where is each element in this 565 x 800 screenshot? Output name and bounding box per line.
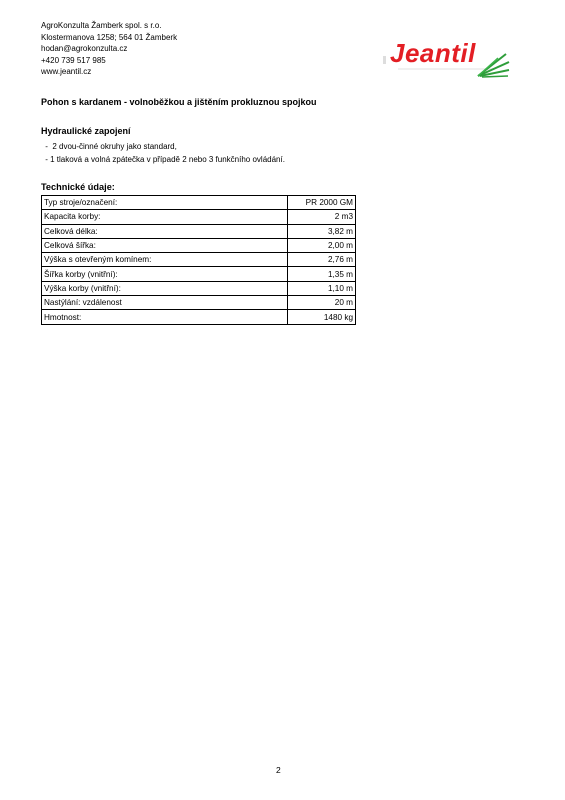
hydraulics-heading: Hydraulické zapojení [41,126,131,136]
spec-label: Typ stroje/označení: [42,196,288,210]
table-row: Výška s otevřeným komínem: 2,76 m [42,253,356,267]
logo-text: Jeantil [390,38,476,69]
spec-label: Šířka korby (vnitřní): [42,267,288,281]
hydraulics-item: - 1 tlaková a volná zpátečka v případě 2… [43,155,285,164]
jeantil-logo: Jeantil [378,38,513,83]
table-row: Nastýlání: vzdálenost 20 m [42,296,356,310]
hydraulics-item: - 2 dvou-činné okruhy jako standard, [43,142,177,151]
company-address-block: AgroKonzulta Žamberk spol. s r.o. Kloste… [41,20,177,78]
page-number: 2 [276,765,281,775]
spec-label: Hmotnost: [42,310,288,324]
specs-heading: Technické údaje: [41,182,115,192]
company-email: hodan@agrokonzulta.cz [41,43,177,55]
spec-value: 2 m3 [288,210,356,224]
table-row: Hmotnost: 1480 kg [42,310,356,324]
drive-heading: Pohon s kardanem - volnoběžkou a jištění… [41,97,317,107]
spec-value: PR 2000 GM [288,196,356,210]
spec-label: Kapacita korby: [42,210,288,224]
company-street: Klostermanova 1258; 564 01 Žamberk [41,32,177,44]
spec-label: Výška s otevřeným komínem: [42,253,288,267]
spec-value: 1,10 m [288,281,356,295]
company-website: www.jeantil.cz [41,66,177,78]
company-phone: +420 739 517 985 [41,55,177,67]
table-row: Celková délka: 3,82 m [42,224,356,238]
table-row: Kapacita korby: 2 m3 [42,210,356,224]
spec-value: 2,00 m [288,238,356,252]
spec-value: 1,35 m [288,267,356,281]
company-name: AgroKonzulta Žamberk spol. s r.o. [41,20,177,32]
specs-table: Typ stroje/označení: PR 2000 GM Kapacita… [41,195,356,325]
spec-value: 1480 kg [288,310,356,324]
logo-mark [383,56,386,64]
table-row: Celková šířka: 2,00 m [42,238,356,252]
table-row: Výška korby (vnitřní): 1,10 m [42,281,356,295]
spec-label: Celková šířka: [42,238,288,252]
grass-leaves-icon [476,52,510,78]
spec-value: 20 m [288,296,356,310]
spec-label: Celková délka: [42,224,288,238]
table-row: Typ stroje/označení: PR 2000 GM [42,196,356,210]
table-row: Šířka korby (vnitřní): 1,35 m [42,267,356,281]
spec-label: Výška korby (vnitřní): [42,281,288,295]
spec-label: Nastýlání: vzdálenost [42,296,288,310]
spec-value: 3,82 m [288,224,356,238]
spec-value: 2,76 m [288,253,356,267]
